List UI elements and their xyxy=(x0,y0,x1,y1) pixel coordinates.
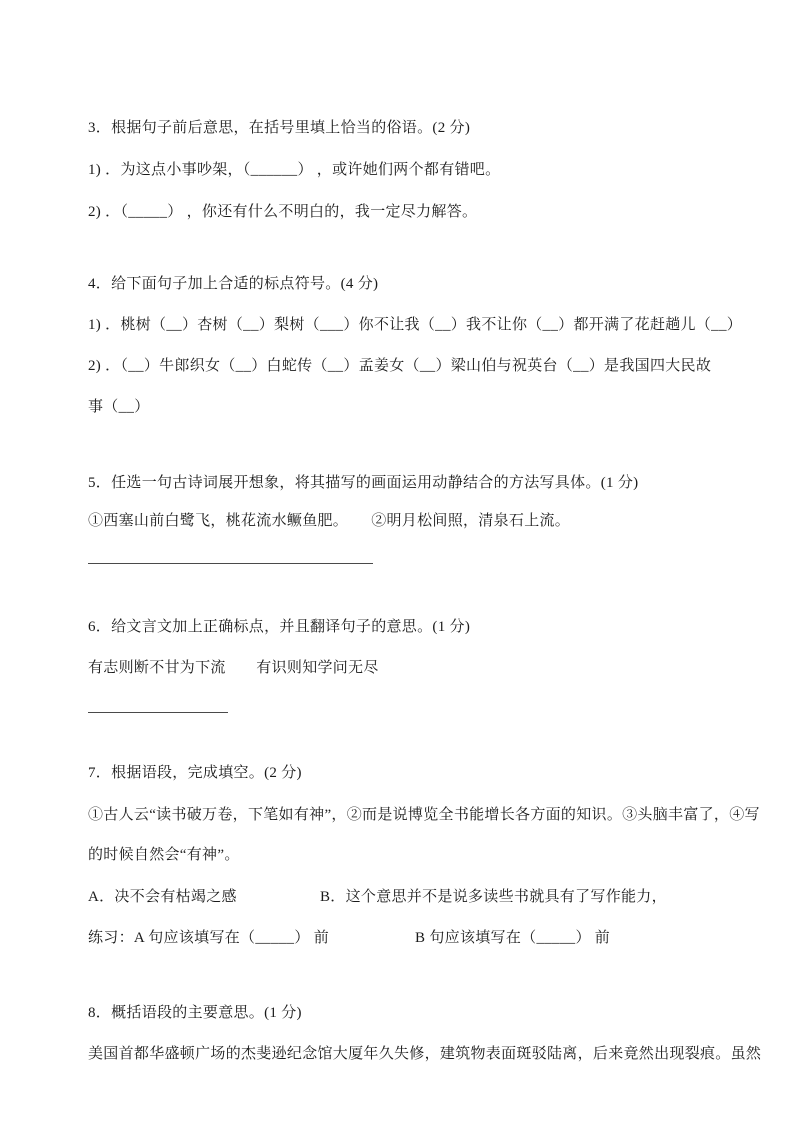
question-3-item-2: 2) ．（_____） ，你还有什么不明白的，我一定尽力解答。 xyxy=(88,203,477,222)
question-5-heading: 5．任选一句古诗词展开想象，将其描写的画面运用动静结合的方法写具体。(1 分) xyxy=(88,474,638,493)
question-4-item-2-line-2: 事（__） xyxy=(88,398,150,417)
question-7-heading: 7．根据语段，完成填空。(2 分) xyxy=(88,764,302,783)
question-7-exercise-a: 练习：A 句应该填写在（_____） 前 xyxy=(88,929,329,948)
question-7-exercise-b: B 句应该填写在（_____） 前 xyxy=(415,929,610,948)
question-7-option-a: A．决不会有枯竭之感 xyxy=(88,888,237,907)
question-7-passage-line-2: 的时候自然会“有神”。 xyxy=(88,846,240,865)
question-5-options: ①西塞山前白鹭飞，桃花流水鳜鱼肥。 ②明月松间照，清泉石上流。 xyxy=(88,512,570,531)
question-5-answer-line xyxy=(88,549,373,564)
question-7-option-b: B．这个意思并不是说多读些书就具有了写作能力， xyxy=(320,888,667,907)
question-6-text: 有志则断不甘为下流 有识则知学问无尽 xyxy=(88,659,379,678)
question-4-heading: 4．给下面句子加上合适的标点符号。(4 分) xyxy=(88,275,378,294)
question-6-answer-line xyxy=(88,698,228,713)
question-8-heading: 8．概括语段的主要意思。(1 分) xyxy=(88,1004,302,1023)
question-3-heading: 3．根据句子前后意思，在括号里填上恰当的俗语。(2 分) xyxy=(88,119,470,138)
question-4-item-2-line-1: 2) ．（__）牛郎织女（__）白蛇传（__）孟姜女（__）梁山伯与祝英台（__… xyxy=(88,357,711,376)
question-4-item-1: 1) ．桃树（__）杏树（__）梨树（___）你不让我（__）我不让你（__）都… xyxy=(88,316,742,335)
question-6-heading: 6．给文言文加上正确标点，并且翻译句子的意思。(1 分) xyxy=(88,618,470,637)
exam-worksheet-page: 3．根据句子前后意思，在括号里填上恰当的俗语。(2 分) 1) ．为这点小事吵架… xyxy=(0,0,793,1122)
question-7-passage-line-1: ①古人云“读书破万卷，下笔如有神”，②而是说博览全书能增长各方面的知识。③头脑丰… xyxy=(88,806,760,825)
question-3-item-1: 1) ．为这点小事吵架，（______） ，或许她们两个都有错吧。 xyxy=(88,161,500,180)
question-8-passage: 美国首都华盛顿广场的杰斐逊纪念馆大厦年久失修，建筑物表面斑驳陆离，后来竟然出现裂… xyxy=(88,1045,761,1064)
